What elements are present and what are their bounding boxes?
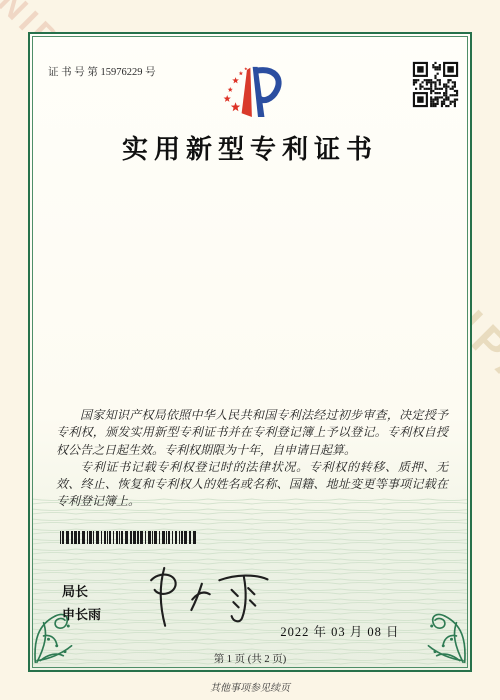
legal-paragraph-1: 国家知识产权局依照中华人民共和国专利法经过初步审查，决定授予专利权，颁发实用新型… <box>56 407 448 459</box>
qr-code <box>411 60 460 109</box>
patent-certificate-page: CNIPA CNIPA CNIPA CNIPA CNIPA CNIPA <box>0 0 500 700</box>
cnipa-logo-icon <box>212 58 288 132</box>
continuation-note: 其他事项参见续页 <box>0 679 500 694</box>
page-number: 第 1 页 (共 2 页) <box>0 651 500 666</box>
certificate-title: 实用新型专利证书 <box>0 129 500 166</box>
signer-name: 申长雨 <box>62 604 101 623</box>
issue-date: 2022 年 03 月 08 日 <box>250 622 430 640</box>
legal-text: 国家知识产权局依照中华人民共和国专利法经过初步审查，决定授予专利权，颁发实用新型… <box>56 407 448 511</box>
barcode <box>60 531 197 544</box>
legal-paragraph-2: 专利证书记载专利权登记时的法律状况。专利权的转移、质押、无效、终止、恢复和专利权… <box>56 459 448 511</box>
signer-title: 局长 <box>62 581 88 600</box>
certificate-number: 证 书 号 第 15976229 号 <box>48 64 156 79</box>
